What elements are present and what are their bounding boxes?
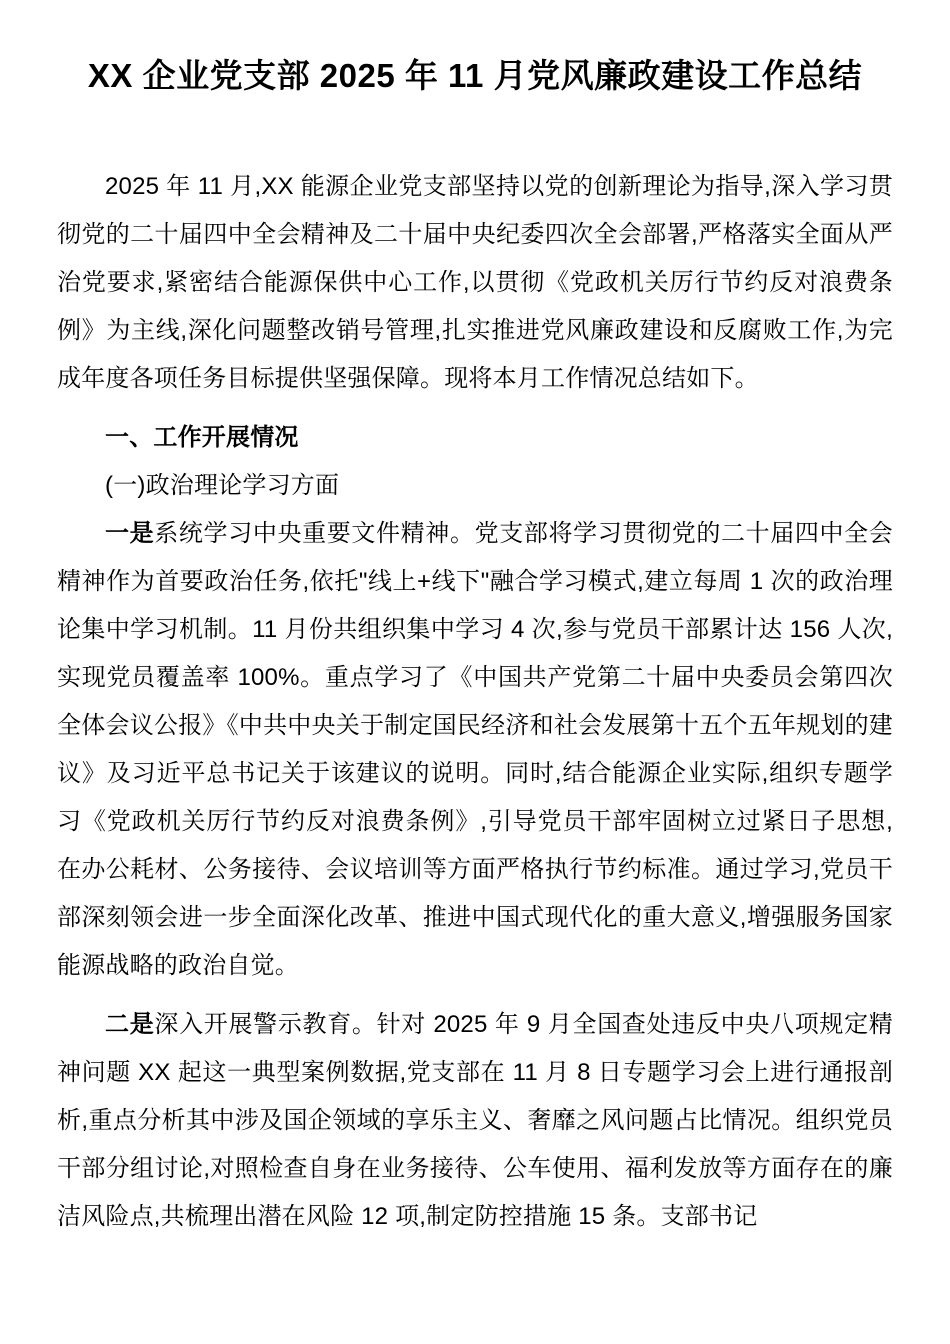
paragraph-intro: 2025 年 11 月,XX 能源企业党支部坚持以党的创新理论为指导,深入学习贯… (57, 163, 893, 403)
heading-subsection-1: (一)政治理论学习方面 (57, 462, 893, 510)
paragraph-point-2-lead: 二是 (105, 1011, 154, 1038)
paragraph-point-1-text: 系统学习中央重要文件精神。党支部将学习贯彻党的二十届四中全会精神作为首要政治任务… (57, 520, 893, 979)
heading-section-1: 一、工作开展情况 (57, 414, 893, 462)
paragraph-point-1-lead: 一是 (105, 520, 154, 547)
paragraph-point-2-text: 深入开展警示教育。针对 2025 年 9 月全国查处违反中央八项规定精神问题 X… (57, 1011, 893, 1230)
paragraph-point-1: 一是系统学习中央重要文件精神。党支部将学习贯彻党的二十届四中全会精神作为首要政治… (57, 510, 893, 990)
document-title: XX 企业党支部 2025 年 11 月党风廉政建设工作总结 (57, 53, 893, 99)
paragraph-point-2: 二是深入开展警示教育。针对 2025 年 9 月全国查处违反中央八项规定精神问题… (57, 1001, 893, 1241)
document-page: XX 企业党支部 2025 年 11 月党风廉政建设工作总结 2025 年 11… (0, 0, 950, 1344)
